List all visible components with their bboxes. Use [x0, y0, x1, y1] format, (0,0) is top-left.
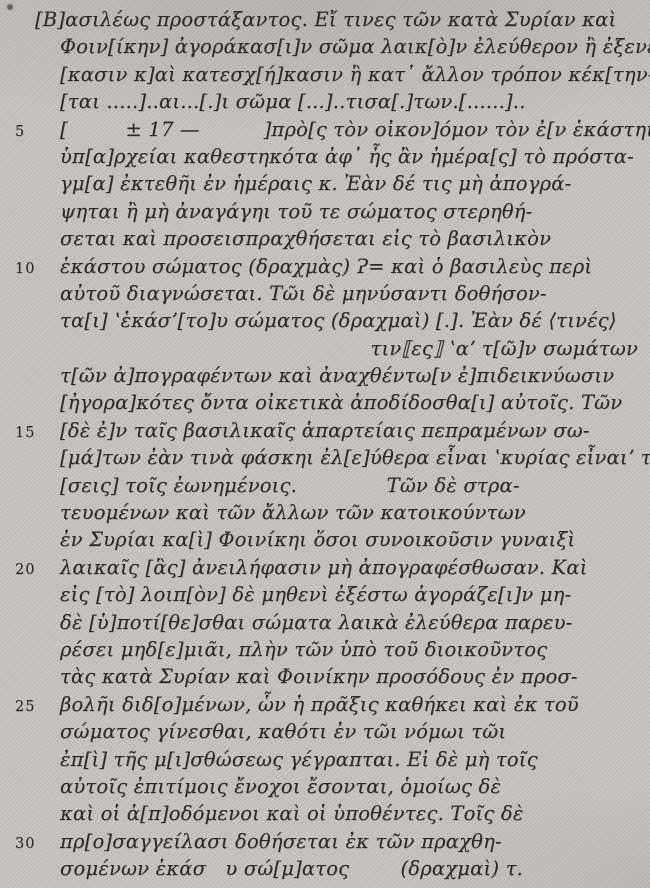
line-text: σώματος γίνεσθαι, καθότι ἐν τῶι νόμωι τῶ… [60, 718, 506, 745]
line-text: εἰς [τὸ] λοιπ[ὸν] δὲ μηθενὶ ἐξέστω ἀγορά… [60, 581, 571, 608]
line-text: δὲ [ὑ]ποτί[θε]σθαι σώματα λαικὰ ἐλεύθερα… [60, 609, 572, 636]
line-number: 15 [0, 420, 44, 447]
line-text: τευομένων καὶ τῶν ἄλλων τῶν κατοικούντων [60, 499, 526, 526]
text-line: [Β]ασιλέως προστάξαντος. Εἴ τινες τῶν κα… [0, 6, 650, 33]
text-line: 15[δὲ ἐ]ν ταῖς βασιλικαῖς ἀπαρτείαις πεπ… [0, 417, 650, 444]
text-line: αὐτοῖς ἐπιτίμοις ἔνοχοι ἔσονται, ὁμοίως … [0, 773, 650, 800]
text-line: [ται .....]..αι...[.]ι σῶμα [...]..τισα[… [0, 88, 650, 115]
text-line: σώματος γίνεσθαι, καθότι ἐν τῶι νόμωι τῶ… [0, 718, 650, 745]
line-text: πρ[ο]σαγγείλασι δοθήσεται ἐκ τῶν πραχθη- [60, 828, 502, 855]
line-text: ρέσει μηδ[ε]μιᾶι, πλὴν τῶν ὑπὸ τοῦ διοικ… [60, 636, 547, 663]
line-text: [ ± 17 — ]πρὸ[ς τὸν οἰκον]όμον τὸν ἐ[ν ἑ… [60, 116, 650, 143]
line-number: 10 [0, 256, 44, 283]
line-text: βολῆι διδ[ο]μένων, ὧν ἡ πρᾶξις καθήκει κ… [60, 691, 579, 718]
line-text: σεται καὶ προσεισπραχθήσεται εἰς τὸ βασι… [60, 225, 551, 252]
line-text: ἐπ[ὶ] τῆς μ[ι]σθώσεως γέγραπται. Εἰ δὲ μ… [60, 746, 538, 773]
text-line: ἐν Συρίαι κα[ὶ] Φοινίκηι ὅσοι συνοικοῦσι… [0, 526, 650, 553]
text-line: γμ[α] ἐκτεθῆι ἐν ἡμέραις κ. Ἐὰν δέ τις μ… [0, 170, 650, 197]
text-line: ψηται ἢ μὴ ἀναγάγηι τοῦ τε σώματος στερη… [0, 198, 650, 225]
text-line: 5[ ± 17 — ]πρὸ[ς τὸν οἰκον]όμον τὸν ἐ[ν … [0, 116, 650, 143]
line-text: [κασιν κ]αὶ κατεσχ[ή]κασιν ἢ κατ᾽ ἄλλον … [60, 61, 650, 88]
text-line: τευομένων καὶ τῶν ἄλλων τῶν κατοικούντων [0, 499, 650, 526]
text-line: ρέσει μηδ[ε]μιᾶι, πλὴν τῶν ὑπὸ τοῦ διοικ… [0, 636, 650, 663]
text-line: [ἠγορα]κότες ὄντα οἰκετικὰ ἀποδίδοσθα[ι]… [0, 389, 650, 416]
line-text: ὑπ[α]ρχείαι καθεστηκότα ἀφ᾽ ἧς ἂν ἡμέρα[… [60, 143, 634, 170]
text-line: 10ἑκάστου σώματος (δραχμὰς) Ɂ= καὶ ὁ βασ… [0, 253, 650, 280]
line-text: σομένων ἑκάσ υ σώ[μ]ατος (δραχμαὶ) τ. [60, 855, 523, 882]
text-line: τα[ι] ʽἑκάσʼ[το]υ σώματος (δραχμαὶ) [.].… [0, 307, 650, 334]
text-line: αὐτοῦ διαγνώσεται. Τῶι δὲ μηνύσαντι δοθή… [0, 280, 650, 307]
transcription-body: [Β]ασιλέως προστάξαντος. Εἴ τινες τῶν κα… [0, 6, 650, 883]
line-text: [μά]των ἐὰν τινὰ φάσκηι ἐλ[ε]ύθερα εἶναι… [60, 444, 650, 471]
line-number: 5 [0, 119, 44, 146]
line-text: γμ[α] ἐκτεθῆι ἐν ἡμέραις κ. Ἐὰν δέ τις μ… [60, 170, 571, 197]
line-text: ἐν Συρίαι κα[ὶ] Φοινίκηι ὅσοι συνοικοῦσι… [60, 526, 575, 553]
text-line: 30πρ[ο]σαγγείλασι δοθήσεται ἐκ τῶν πραχθ… [0, 828, 650, 855]
text-line: [σεις] τοῖς ἐωνημένοις. Τῶν δὲ στρα- [0, 472, 650, 499]
line-text: λαικαῖς [ἃς] ἀνειλήφασιν μὴ ἀπογραφέσθωσ… [60, 554, 588, 581]
text-line: δὲ [ὑ]ποτί[θε]σθαι σώματα λαικὰ ἐλεύθερα… [0, 609, 650, 636]
line-text: τα[ι] ʽἑκάσʼ[το]υ σώματος (δραχμαὶ) [.].… [60, 307, 617, 334]
line-text: [Β]ασιλέως προστάξαντος. Εἴ τινες τῶν κα… [35, 6, 616, 33]
text-line: τιν⟦ες⟧ ʽαʼ τ[ῶ]ν σωμάτων [0, 335, 650, 362]
text-line: 25βολῆι διδ[ο]μένων, ὧν ἡ πρᾶξις καθήκει… [0, 691, 650, 718]
text-line: ἐπ[ὶ] τῆς μ[ι]σθώσεως γέγραπται. Εἰ δὲ μ… [0, 746, 650, 773]
text-line: 20λαικαῖς [ἃς] ἀνειλήφασιν μὴ ἀπογραφέσθ… [0, 554, 650, 581]
text-line: [κασιν κ]αὶ κατεσχ[ή]κασιν ἢ κατ᾽ ἄλλον … [0, 61, 650, 88]
line-number: 30 [0, 831, 44, 858]
line-text: αὐτοῖς ἐπιτίμοις ἔνοχοι ἔσονται, ὁμοίως … [60, 773, 501, 800]
text-line: ὑπ[α]ρχείαι καθεστηκότα ἀφ᾽ ἧς ἂν ἡμέρα[… [0, 143, 650, 170]
text-line: καὶ οἱ ἀ[π]οδόμενοι καὶ οἱ ὑποθέντες. Το… [0, 800, 650, 827]
line-number: 20 [0, 557, 44, 584]
text-line: [μά]των ἐὰν τινὰ φάσκηι ἐλ[ε]ύθερα εἶναι… [0, 444, 650, 471]
scanned-page: [Β]ασιλέως προστάξαντος. Εἴ τινες τῶν κα… [0, 0, 650, 888]
text-line: εἰς [τὸ] λοιπ[ὸν] δὲ μηθενὶ ἐξέστω ἀγορά… [0, 581, 650, 608]
line-text: ἑκάστου σώματος (δραχμὰς) Ɂ= καὶ ὁ βασιλ… [60, 253, 592, 280]
line-text: Φοιν[ίκην] ἀγοράκασ[ι]ν σῶμα λαικ[ὸ]ν ἐλ… [60, 33, 650, 60]
line-text: τ[ῶν ἀ]πογραφέντων καὶ ἀναχθέντω[ν ἐ]πιδ… [60, 362, 614, 389]
text-line: σεται καὶ προσεισπραχθήσεται εἰς τὸ βασι… [0, 225, 650, 252]
text-line: τὰς κατὰ Συρίαν καὶ Φοινίκην προσόδους ἐ… [0, 663, 650, 690]
line-text: καὶ οἱ ἀ[π]οδόμενοι καὶ οἱ ὑποθέντες. Το… [60, 800, 524, 827]
line-text: [δὲ ἐ]ν ταῖς βασιλικαῖς ἀπαρτείαις πεπρα… [60, 417, 590, 444]
line-text: τὰς κατὰ Συρίαν καὶ Φοινίκην προσόδους ἐ… [60, 663, 578, 690]
line-text: [ἠγορα]κότες ὄντα οἰκετικὰ ἀποδίδοσθα[ι]… [60, 389, 622, 416]
text-line: τ[ῶν ἀ]πογραφέντων καὶ ἀναχθέντω[ν ἐ]πιδ… [0, 362, 650, 389]
line-text: [σεις] τοῖς ἐωνημένοις. Τῶν δὲ στρα- [60, 472, 520, 499]
text-line: Φοιν[ίκην] ἀγοράκασ[ι]ν σῶμα λαικ[ὸ]ν ἐλ… [0, 33, 650, 60]
line-text: [ται .....]..αι...[.]ι σῶμα [...]..τισα[… [60, 88, 526, 115]
line-number: 25 [0, 694, 44, 721]
line-text: ψηται ἢ μὴ ἀναγάγηι τοῦ τε σώματος στερη… [60, 198, 532, 225]
text-line: σομένων ἑκάσ υ σώ[μ]ατος (δραχμαὶ) τ. [0, 855, 650, 882]
line-text: τιν⟦ες⟧ ʽαʼ τ[ῶ]ν σωμάτων [371, 335, 639, 362]
line-text: αὐτοῦ διαγνώσεται. Τῶι δὲ μηνύσαντι δοθή… [60, 280, 547, 307]
